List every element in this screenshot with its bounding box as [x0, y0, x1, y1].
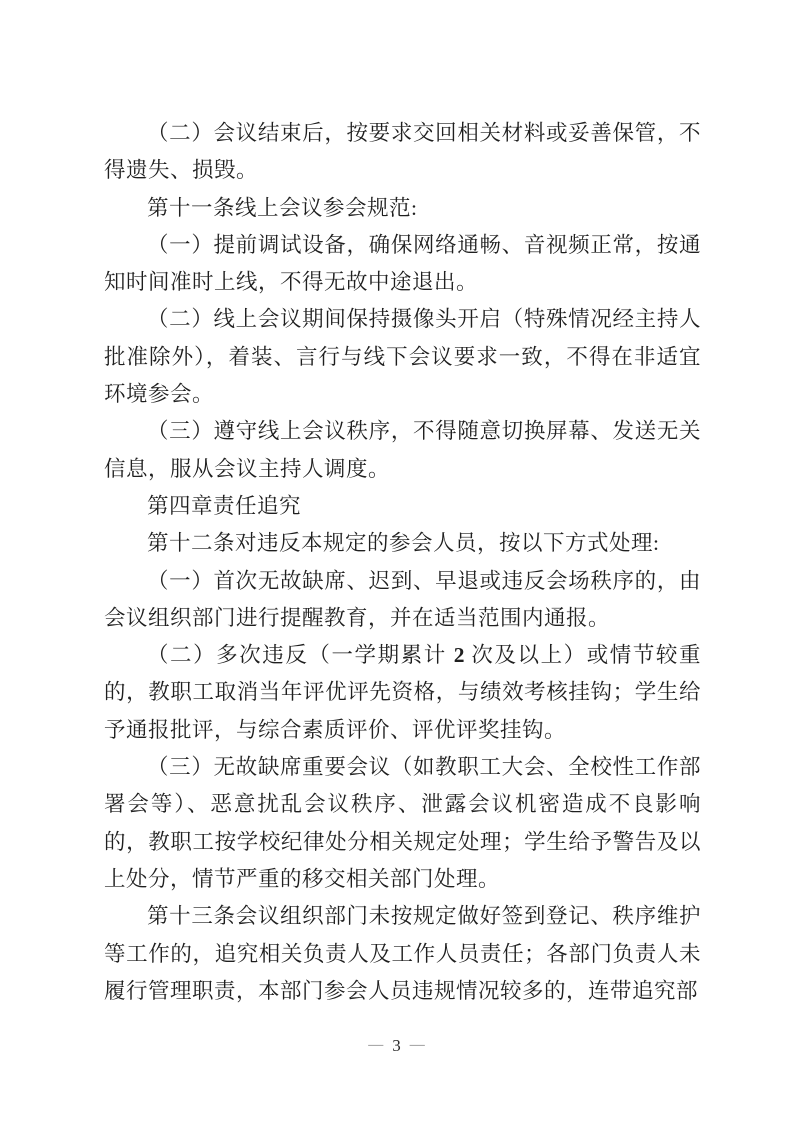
paragraph: （二）多次违反（一学期累计 2 次及以上）或情节较重的，教职工取消当年评优评先资… [104, 637, 701, 749]
paragraph-run: （二）多次违反（一学期累计 [147, 643, 454, 667]
paragraph: （三）遵守线上会议秩序，不得随意切换屏幕、发送无关信息，服从会议主持人调度。 [104, 413, 701, 488]
paragraph-article-12-heading: 第十二条对违反本规定的参会人员，按以下方式处理: [104, 525, 701, 562]
page-footer: —3— [0, 1034, 793, 1059]
bold-number: 2 [454, 643, 465, 667]
paragraph: （二）线上会议期间保持摄像头开启（特殊情况经主持人批准除外），着装、言行与线下会… [104, 301, 701, 413]
chapter-4-heading: 第四章责任追究 [104, 488, 701, 525]
document-body: （二）会议结束后，按要求交回相关材料或妥善保管，不得遗失、损毁。 第十一条线上会… [104, 115, 701, 1010]
paragraph: （二）会议结束后，按要求交回相关材料或妥善保管，不得遗失、损毁。 [104, 115, 701, 190]
document-page: （二）会议结束后，按要求交回相关材料或妥善保管，不得遗失、损毁。 第十一条线上会… [0, 0, 793, 1122]
paragraph-article-11-heading: 第十一条线上会议参会规范: [104, 190, 701, 227]
paragraph: （一）首次无故缺席、迟到、早退或违反会场秩序的，由会议组织部门进行提醒教育，并在… [104, 563, 701, 638]
paragraph: （一）提前调试设备，确保网络通畅、音视频正常，按通知时间准时上线，不得无故中途退… [104, 227, 701, 302]
footer-dash-right: — [410, 1037, 425, 1053]
paragraph-article-13: 第十三条会议组织部门未按规定做好签到登记、秩序维护等工作的，追究相关负责人及工作… [104, 898, 701, 1010]
footer-dash-left: — [368, 1037, 383, 1053]
page-number: 3 [392, 1036, 401, 1055]
paragraph: （三）无故缺席重要会议（如教职工大会、全校性工作部署会等）、恶意扰乱会议秩序、泄… [104, 749, 701, 898]
